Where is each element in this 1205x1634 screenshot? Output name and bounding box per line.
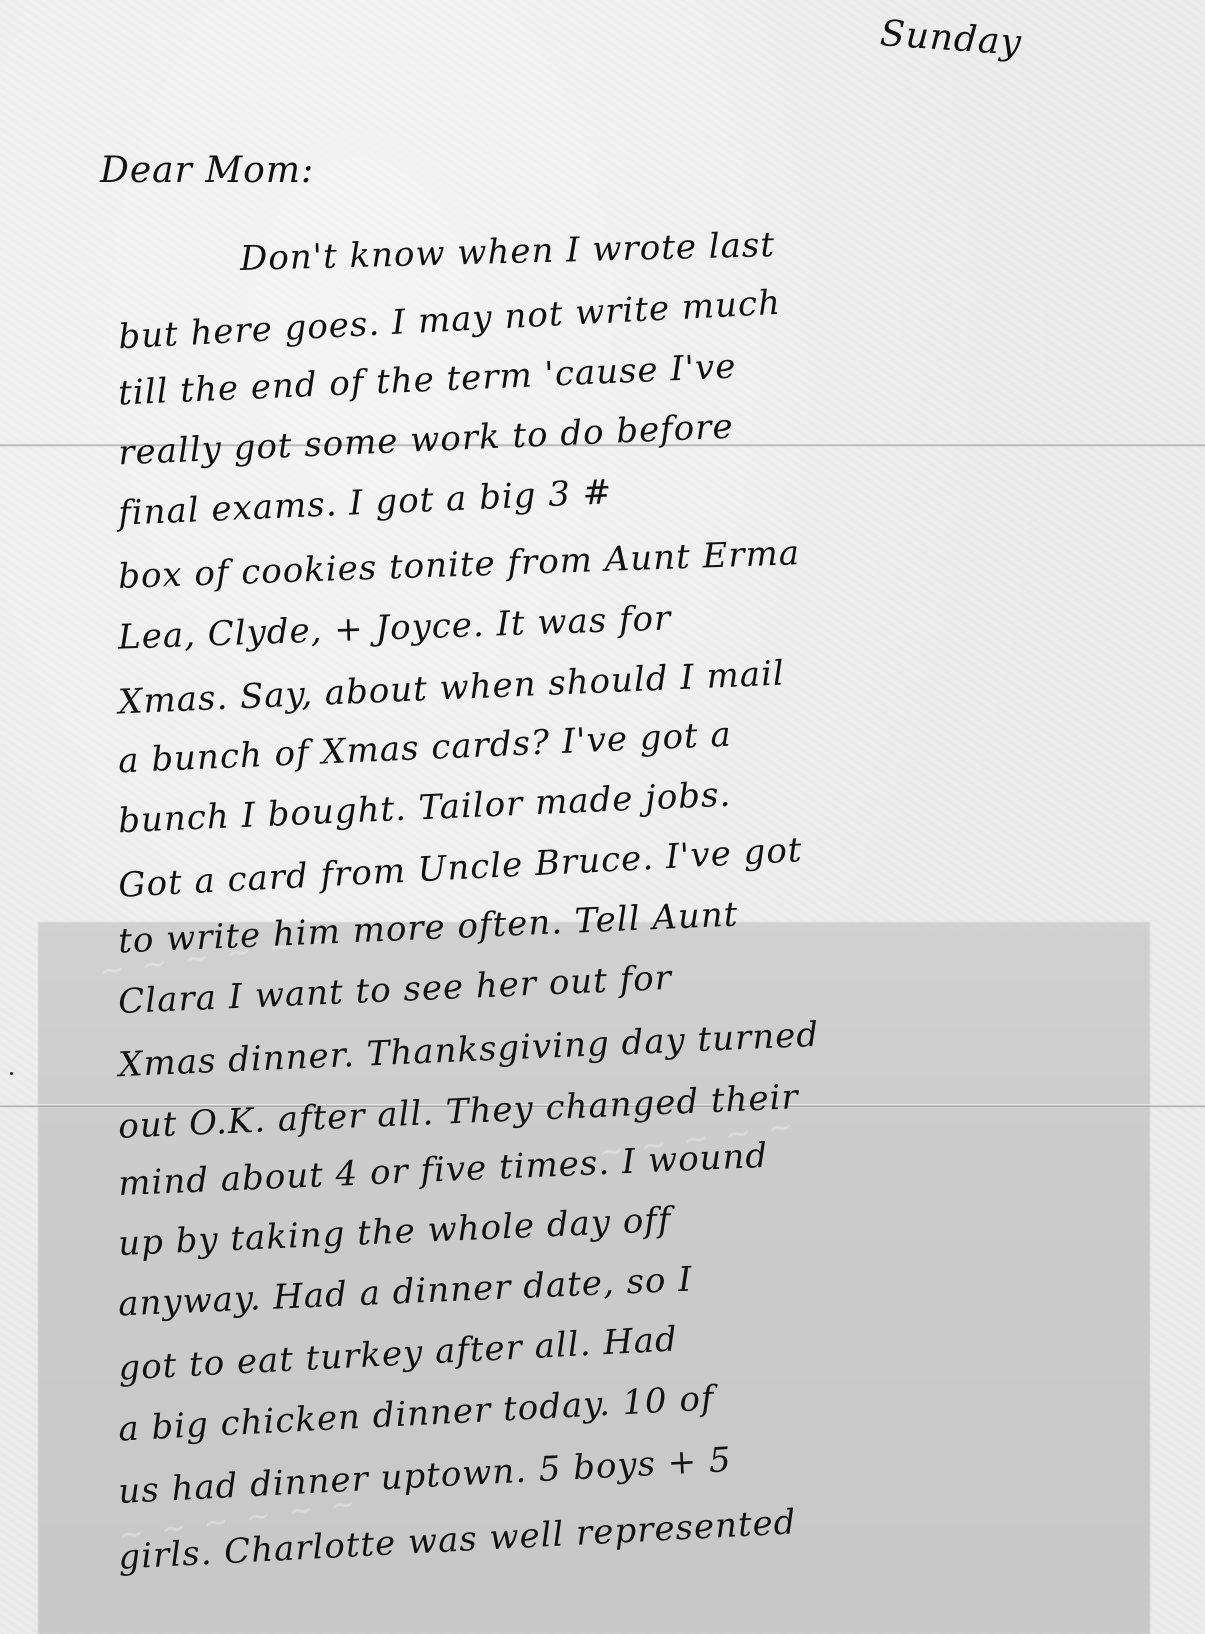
salutation: Dear Mom: [100,150,314,191]
ink-speck [10,1072,13,1075]
